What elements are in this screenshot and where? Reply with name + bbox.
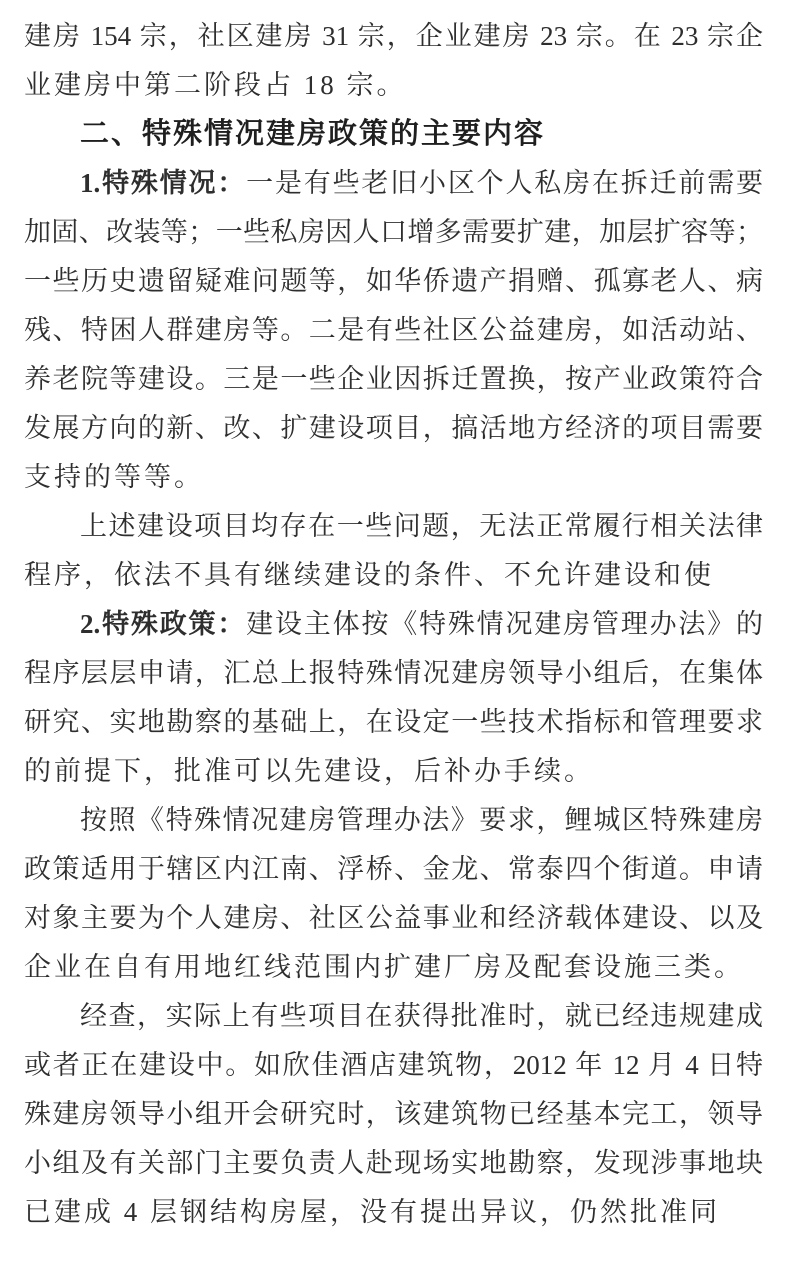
paragraph-text: 建设主体按《特殊情况建房管理办法》的 [246,609,763,639]
text-line: 2.特殊政策：建设主体按《特殊情况建房管理办法》的 [24,600,763,649]
text-line: 企业在自有用地红线范围内扩建厂房及配套设施三类。 [24,943,763,992]
text-line: 经查，实际上有些项目在获得批准时，就已经违规建成 [24,992,763,1041]
paragraph-lead: 1.特殊情况： [80,168,246,198]
text-line: 发展方向的新、改、扩建设项目，搞活地方经济的项目需要 [24,404,763,453]
text-line: 建房 154 宗，社区建房 31 宗，企业建房 23 宗。在 23 宗企 [24,12,763,61]
paragraph-text: 一是有些老旧小区个人私房在拆迁前需要 [246,168,763,198]
text-line: 已建成 4 层钢结构房屋，没有提出异议，仍然批准同意。 [24,1188,763,1237]
text-line: 或者正在建设中。如欣佳酒店建筑物，2012 年 12 月 4 日特 [24,1041,763,1090]
text-line: 小组及有关部门主要负责人赴现场实地勘察，发现涉事地块 [24,1139,763,1188]
text-line: 程序，依法不具有继续建设的条件、不允许建设和使用。 [24,551,763,600]
text-line: 养老院等建设。三是一些企业因拆迁置换，按产业政策符合 [24,355,763,404]
text-line: 业建房中第二阶段占 18 宗。 [24,61,763,110]
paragraph-lead: 2.特殊政策： [80,609,246,639]
text-line: 的前提下，批准可以先建设，后补办手续。 [24,747,763,796]
text-line: 1.特殊情况：一是有些老旧小区个人私房在拆迁前需要 [24,159,763,208]
text-line: 按照《特殊情况建房管理办法》要求，鲤城区特殊建房 [24,796,763,845]
text-line: 程序层层申请，汇总上报特殊情况建房领导小组后，在集体 [24,649,763,698]
text-line: 殊建房领导小组开会研究时，该建筑物已经基本完工，领导 [24,1090,763,1139]
text-line: 对象主要为个人建房、社区公益事业和经济载体建设、以及 [24,894,763,943]
text-line: 一些历史遗留疑难问题等，如华侨遗产捐赠、孤寡老人、病 [24,257,763,306]
text-line: 研究、实地勘察的基础上，在设定一些技术指标和管理要求 [24,698,763,747]
text-line: 加固、改装等；一些私房因人口增多需要扩建，加层扩容等； [24,208,763,257]
text-line: 政策适用于辖区内江南、浮桥、金龙、常泰四个街道。申请 [24,845,763,894]
text-line: 残、特困人群建房等。二是有些社区公益建房，如活动站、 [24,306,763,355]
text-line: 支持的等等。 [24,453,763,502]
text-line: 上述建设项目均存在一些问题，无法正常履行相关法律 [24,502,763,551]
document-page: 建房 154 宗，社区建房 31 宗，企业建房 23 宗。在 23 宗企 业建房… [0,0,787,1274]
section-heading: 二、特殊情况建房政策的主要内容 [24,110,763,159]
